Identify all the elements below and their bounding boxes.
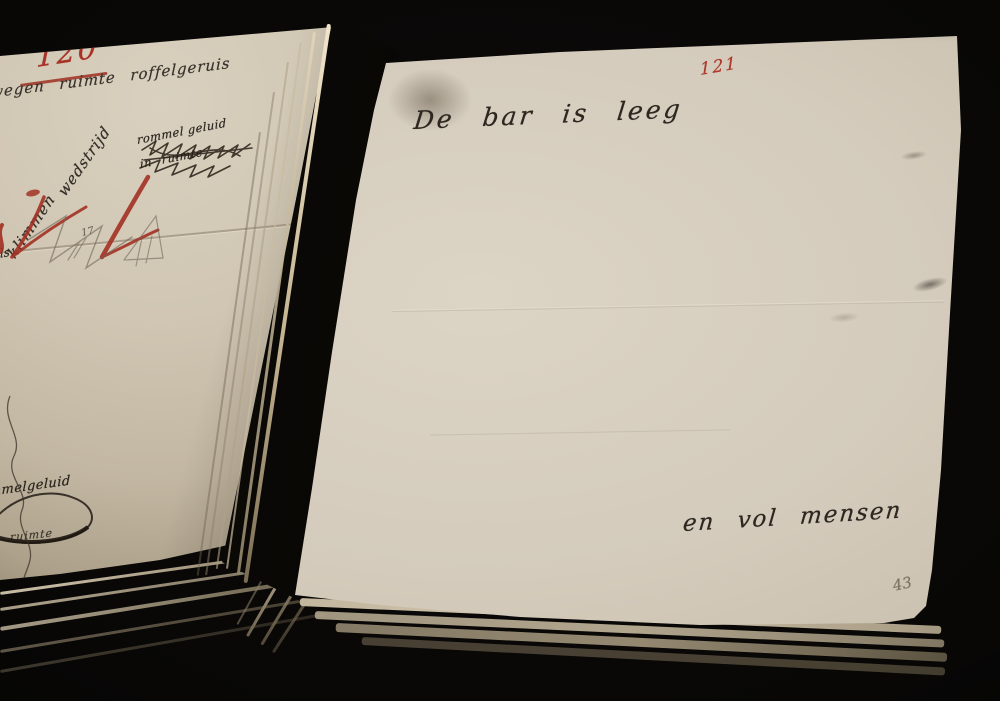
photo-vignette <box>0 0 1000 701</box>
manuscript-photo: 120 bewegen ruimte roffelgeruis wedstrij… <box>0 0 1000 701</box>
